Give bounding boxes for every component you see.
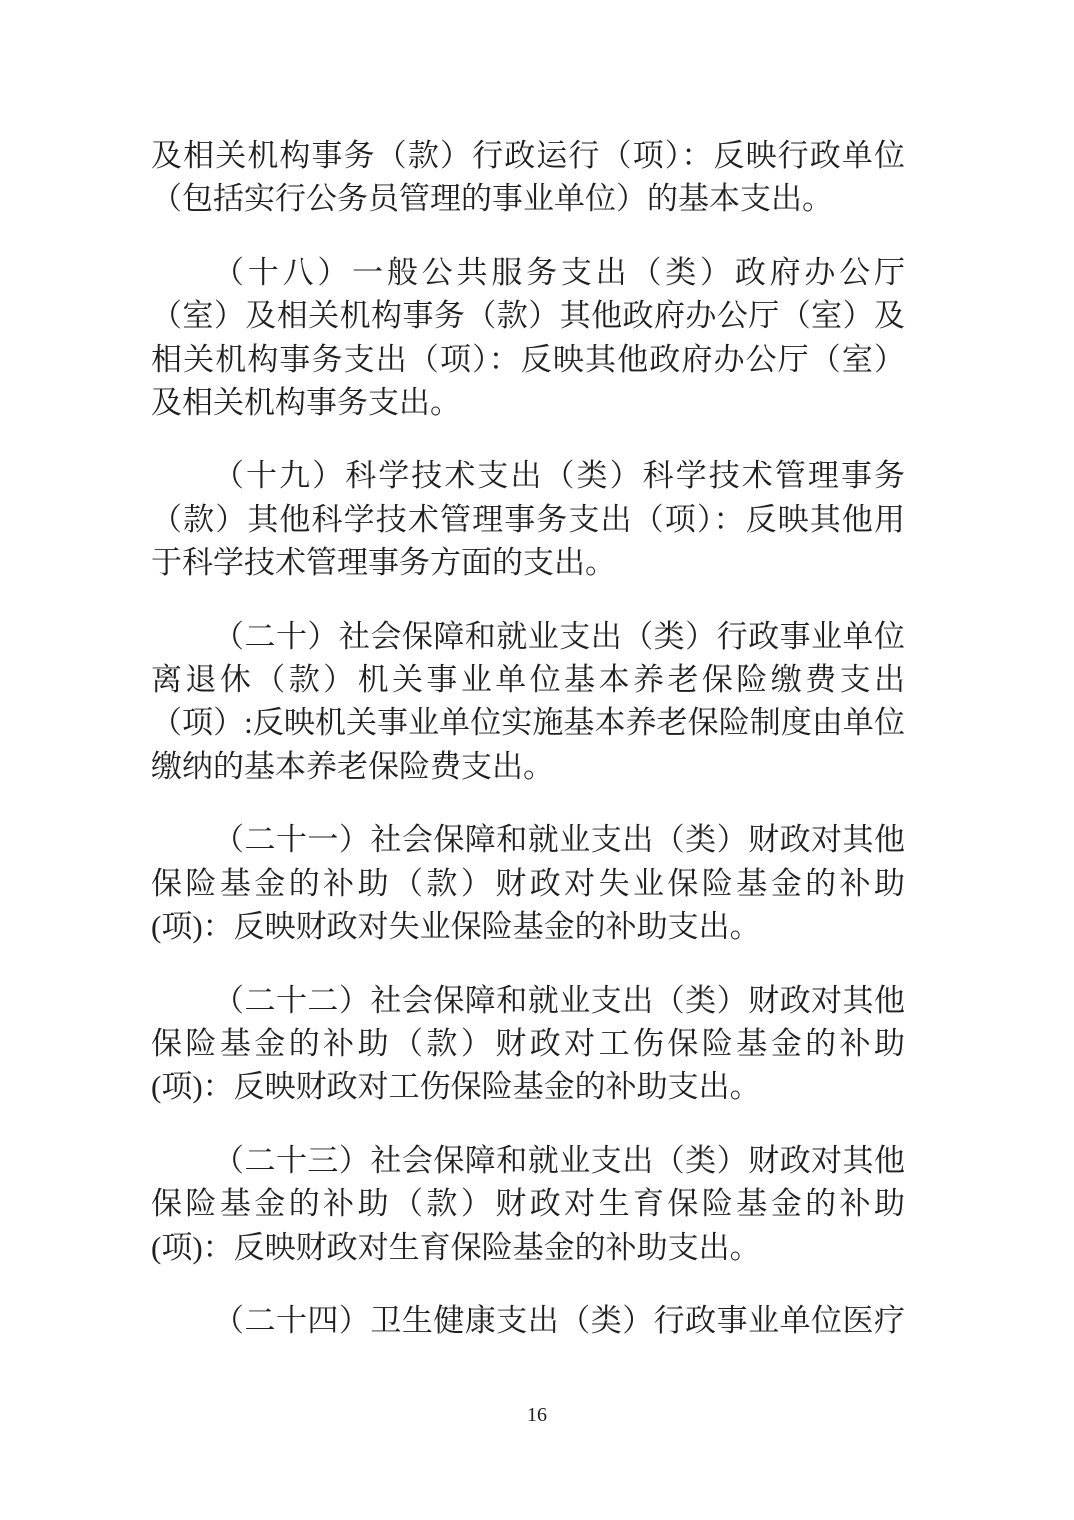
page-number: 16 (0, 1402, 1074, 1428)
paragraph: （二十一）社会保障和就业支出（类）财政对其他保险基金的补助（款）财政对失业保险基… (151, 818, 905, 948)
paragraph: 及相关机构事务（款）行政运行（项）：反映行政单位（包括实行公务员管理的事业单位）… (151, 134, 905, 221)
paragraph: （二十二）社会保障和就业支出（类）财政对其他保险基金的补助（款）财政对工伤保险基… (151, 979, 905, 1109)
paragraph: （二十三）社会保障和就业支出（类）财政对其他保险基金的补助（款）财政对生育保险基… (151, 1139, 905, 1269)
document-page: 及相关机构事务（款）行政运行（项）：反映行政单位（包括实行公务员管理的事业单位）… (0, 0, 1074, 1520)
document-body: 及相关机构事务（款）行政运行（项）：反映行政单位（包括实行公务员管理的事业单位）… (151, 134, 905, 1342)
paragraph: （十八）一般公共服务支出（类）政府办公厅（室）及相关机构事务（款）其他政府办公厅… (151, 251, 905, 425)
paragraph: （十九）科学技术支出（类）科学技术管理事务（款）其他科学技术管理事务支出（项）：… (151, 454, 905, 584)
paragraph: （二十）社会保障和就业支出（类）行政事业单位离退休（款）机关事业单位基本养老保险… (151, 615, 905, 789)
paragraph: （二十四）卫生健康支出（类）行政事业单位医疗 (151, 1299, 905, 1342)
